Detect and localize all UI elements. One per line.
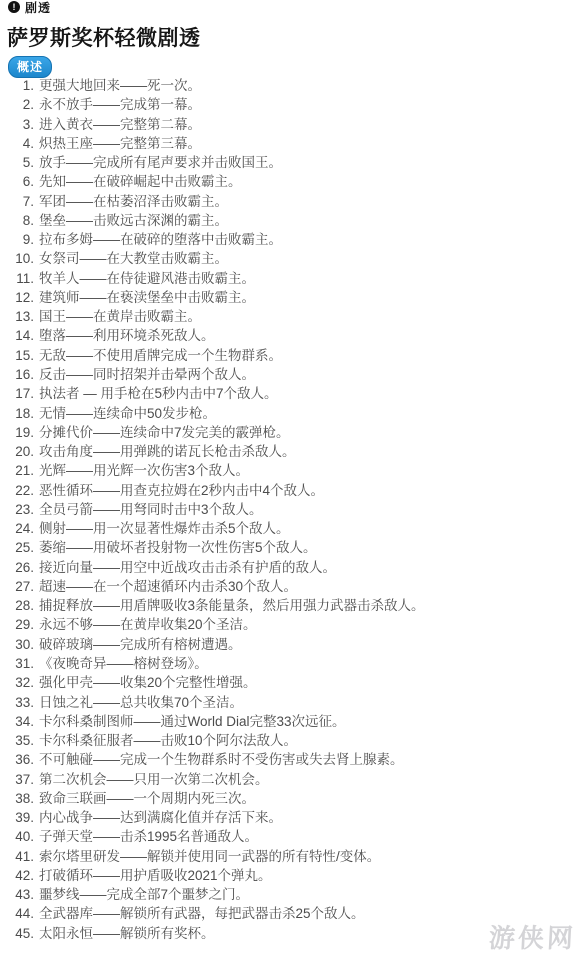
list-item-text: 执法者 — 用手枪在5秒内击中7个敌人。 bbox=[39, 384, 278, 403]
trophy-list: 1.更强大地回来——死一次。2.永不放手——完成第一幕。3.进入黄衣——完整第二… bbox=[0, 76, 584, 943]
list-item-text: 恶性循环——用查克拉姆在2秒内击中4个敌人。 bbox=[39, 481, 324, 500]
site-watermark: 游侠网 bbox=[488, 918, 577, 955]
list-item-text: 萎缩——用破坏者投射物一次性伤害5个敌人。 bbox=[39, 538, 317, 557]
list-item-number: 1. bbox=[0, 76, 39, 95]
list-item: 39.内心战争——达到满腐化值并存活下来。 bbox=[0, 808, 584, 827]
list-item-number: 23. bbox=[0, 500, 39, 519]
list-item-text: 无敌——不使用盾牌完成一个生物群系。 bbox=[39, 346, 282, 365]
list-item-text: 《夜晚奇异——榕树登场》。 bbox=[39, 654, 208, 673]
list-item-text: 更强大地回来——死一次。 bbox=[39, 76, 201, 95]
list-item: 27.超速——在一个超速循环内击杀30个敌人。 bbox=[0, 577, 584, 596]
list-item: 32.强化甲壳——收集20个完整性增强。 bbox=[0, 673, 584, 692]
list-item-number: 41. bbox=[0, 847, 39, 866]
list-item-number: 28. bbox=[0, 596, 39, 615]
list-item: 14.堕落——利用环境杀死敌人。 bbox=[0, 326, 584, 345]
list-item-text: 炽热王座——完整第三幕。 bbox=[39, 134, 201, 153]
list-item: 19.分摊代价——连续命中7发完美的霰弹枪。 bbox=[0, 423, 584, 442]
list-item: 22.恶性循环——用查克拉姆在2秒内击中4个敌人。 bbox=[0, 481, 584, 500]
list-item-number: 27. bbox=[0, 577, 39, 596]
list-item: 25.萎缩——用破坏者投射物一次性伤害5个敌人。 bbox=[0, 538, 584, 557]
list-item: 29.永远不够——在黄岸收集20个圣洁。 bbox=[0, 615, 584, 634]
list-item: 42.打破循环——用护盾吸收2021个弹丸。 bbox=[0, 866, 584, 885]
list-item: 15.无敌——不使用盾牌完成一个生物群系。 bbox=[0, 346, 584, 365]
list-item-text: 内心战争——达到满腐化值并存活下来。 bbox=[39, 808, 282, 827]
list-item-number: 35. bbox=[0, 731, 39, 750]
list-item: 17.执法者 — 用手枪在5秒内击中7个敌人。 bbox=[0, 384, 584, 403]
list-item-text: 牧羊人——在侍徒避风港击败霸主。 bbox=[39, 269, 255, 288]
list-item: 41.索尔塔里研发——解锁并使用同一武器的所有特性/变体。 bbox=[0, 847, 584, 866]
list-item-number: 3. bbox=[0, 115, 39, 134]
list-item: 9.拉布多姆——在破碎的堕落中击败霸主。 bbox=[0, 230, 584, 249]
list-item: 4.炽热王座——完整第三幕。 bbox=[0, 134, 584, 153]
list-item-number: 34. bbox=[0, 712, 39, 731]
list-item-text: 强化甲壳——收集20个完整性增强。 bbox=[39, 673, 257, 692]
list-item-text: 堕落——利用环境杀死敌人。 bbox=[39, 326, 215, 345]
list-item: 3.进入黄衣——完整第二幕。 bbox=[0, 115, 584, 134]
list-item-number: 6. bbox=[0, 172, 39, 191]
list-item: 1.更强大地回来——死一次。 bbox=[0, 76, 584, 95]
list-item: 24.侧射——用一次显著性爆炸击杀5个敌人。 bbox=[0, 519, 584, 538]
list-item-number: 7. bbox=[0, 192, 39, 211]
list-item-text: 无情——连续命中50发步枪。 bbox=[39, 404, 216, 423]
list-item: 34.卡尔科桑制图师——通过World Dial完整33次远征。 bbox=[0, 712, 584, 731]
list-item-text: 打破循环——用护盾吸收2021个弹丸。 bbox=[39, 866, 272, 885]
list-item: 20.攻击角度——用弹跳的诺瓦长枪击杀敌人。 bbox=[0, 442, 584, 461]
list-item-text: 卡尔科桑征服者——击败10个阿尔法敌人。 bbox=[39, 731, 297, 750]
list-item-number: 13. bbox=[0, 307, 39, 326]
list-item-number: 12. bbox=[0, 288, 39, 307]
list-item-number: 18. bbox=[0, 404, 39, 423]
list-item: 8.堡垒——击败远古深渊的霸主。 bbox=[0, 211, 584, 230]
list-item-number: 14. bbox=[0, 326, 39, 345]
list-item-text: 接近向量——用空中近战攻击击杀有护盾的敌人。 bbox=[39, 558, 336, 577]
list-item: 2.永不放手——完成第一幕。 bbox=[0, 95, 584, 114]
list-item: 40.子弹天堂——击杀1995名普通敌人。 bbox=[0, 827, 584, 846]
list-item: 7.军团——在枯萎沼泽击败霸主。 bbox=[0, 192, 584, 211]
list-item-number: 33. bbox=[0, 693, 39, 712]
list-item-text: 噩梦线——完成全部7个噩梦之门。 bbox=[39, 885, 249, 904]
list-item: 33.日蚀之礼——总共收集70个圣洁。 bbox=[0, 693, 584, 712]
list-item: 31.《夜晚奇异——榕树登场》。 bbox=[0, 654, 584, 673]
list-item-number: 9. bbox=[0, 230, 39, 249]
list-item: 28.捕捉释放——用盾牌吸收3条能量条，然后用强力武器击杀敌人。 bbox=[0, 596, 584, 615]
list-item-number: 30. bbox=[0, 635, 39, 654]
list-item-number: 37. bbox=[0, 770, 39, 789]
list-item-number: 45. bbox=[0, 924, 39, 943]
list-item-text: 堡垒——击败远古深渊的霸主。 bbox=[39, 211, 228, 230]
list-item-text: 分摊代价——连续命中7发完美的霰弹枪。 bbox=[39, 423, 290, 442]
list-item-number: 31. bbox=[0, 654, 39, 673]
list-item-text: 太阳永恒——解锁所有奖杯。 bbox=[39, 924, 215, 943]
list-item-text: 女祭司——在大教堂击败霸主。 bbox=[39, 249, 228, 268]
list-item-number: 11. bbox=[0, 269, 39, 288]
list-item: 21.光辉——用光辉一次伤害3个敌人。 bbox=[0, 461, 584, 480]
list-item-number: 20. bbox=[0, 442, 39, 461]
list-item: 30.破碎玻璃——完成所有榕树遭遇。 bbox=[0, 635, 584, 654]
list-item-number: 19. bbox=[0, 423, 39, 442]
list-item-text: 索尔塔里研发——解锁并使用同一武器的所有特性/变体。 bbox=[39, 847, 380, 866]
list-item-number: 24. bbox=[0, 519, 39, 538]
list-item: 18.无情——连续命中50发步枪。 bbox=[0, 404, 584, 423]
article-page: ! 剧透 萨罗斯奖杯轻微剧透 概述 1.更强大地回来——死一次。2.永不放手——… bbox=[0, 0, 584, 957]
list-item-text: 光辉——用光辉一次伤害3个敌人。 bbox=[39, 461, 249, 480]
list-item: 37.第二次机会——只用一次第二次机会。 bbox=[0, 770, 584, 789]
list-item-number: 16. bbox=[0, 365, 39, 384]
list-item: 43.噩梦线——完成全部7个噩梦之门。 bbox=[0, 885, 584, 904]
list-item-text: 建筑师——在亵渎堡垒中击败霸主。 bbox=[39, 288, 255, 307]
list-item-number: 36. bbox=[0, 750, 39, 769]
list-item-number: 44. bbox=[0, 904, 39, 923]
list-item-text: 反击——同时招架并击晕两个敌人。 bbox=[39, 365, 255, 384]
list-item-text: 不可触碰——完成一个生物群系时不受伤害或失去肾上腺素。 bbox=[39, 750, 404, 769]
list-item-number: 5. bbox=[0, 153, 39, 172]
list-item: 35.卡尔科桑征服者——击败10个阿尔法敌人。 bbox=[0, 731, 584, 750]
list-item-text: 致命三联画——一个周期内死三次。 bbox=[39, 789, 255, 808]
list-item: 11.牧羊人——在侍徒避风港击败霸主。 bbox=[0, 269, 584, 288]
list-item-text: 破碎玻璃——完成所有榕树遭遇。 bbox=[39, 635, 242, 654]
list-item-text: 拉布多姆——在破碎的堕落中击败霸主。 bbox=[39, 230, 282, 249]
list-item-number: 25. bbox=[0, 538, 39, 557]
list-item: 12.建筑师——在亵渎堡垒中击败霸主。 bbox=[0, 288, 584, 307]
list-item-number: 40. bbox=[0, 827, 39, 846]
list-item-number: 10. bbox=[0, 249, 39, 268]
list-item: 23.全员弓箭——用弩同时击中3个敌人。 bbox=[0, 500, 584, 519]
list-item: 10.女祭司——在大教堂击败霸主。 bbox=[0, 249, 584, 268]
list-item-number: 22. bbox=[0, 481, 39, 500]
list-item: 26.接近向量——用空中近战攻击击杀有护盾的敌人。 bbox=[0, 558, 584, 577]
list-item-number: 43. bbox=[0, 885, 39, 904]
list-item: 36.不可触碰——完成一个生物群系时不受伤害或失去肾上腺素。 bbox=[0, 750, 584, 769]
list-item-text: 卡尔科桑制图师——通过World Dial完整33次远征。 bbox=[39, 712, 346, 731]
list-item-number: 8. bbox=[0, 211, 39, 230]
list-item: 13.国王——在黄岸击败霸主。 bbox=[0, 307, 584, 326]
list-item: 16.反击——同时招架并击晕两个敌人。 bbox=[0, 365, 584, 384]
list-item-number: 42. bbox=[0, 866, 39, 885]
list-item-text: 攻击角度——用弹跳的诺瓦长枪击杀敌人。 bbox=[39, 442, 296, 461]
list-item-text: 进入黄衣——完整第二幕。 bbox=[39, 115, 201, 134]
list-item-text: 侧射——用一次显著性爆炸击杀5个敌人。 bbox=[39, 519, 290, 538]
spoiler-badge: ! 剧透 bbox=[8, 0, 51, 14]
list-item-number: 4. bbox=[0, 134, 39, 153]
list-item-text: 军团——在枯萎沼泽击败霸主。 bbox=[39, 192, 228, 211]
list-item-number: 29. bbox=[0, 615, 39, 634]
list-item-text: 超速——在一个超速循环内击杀30个敌人。 bbox=[39, 577, 297, 596]
list-item: 38.致命三联画——一个周期内死三次。 bbox=[0, 789, 584, 808]
list-item-number: 39. bbox=[0, 808, 39, 827]
spoiler-badge-label: 剧透 bbox=[25, 0, 51, 16]
exclamation-circle-icon: ! bbox=[8, 1, 20, 13]
list-item: 5.放手——完成所有尾声要求并击败国王。 bbox=[0, 153, 584, 172]
list-item-text: 国王——在黄岸击败霸主。 bbox=[39, 307, 201, 326]
page-title: 萨罗斯奖杯轻微剧透 bbox=[7, 22, 201, 52]
list-item-number: 26. bbox=[0, 558, 39, 577]
list-item-text: 全武器库——解锁所有武器，每把武器击杀25个敌人。 bbox=[39, 904, 365, 923]
list-item-number: 2. bbox=[0, 95, 39, 114]
list-item-text: 放手——完成所有尾声要求并击败国王。 bbox=[39, 153, 282, 172]
list-item-text: 先知——在破碎崛起中击败霸主。 bbox=[39, 172, 242, 191]
list-item-number: 15. bbox=[0, 346, 39, 365]
list-item-number: 17. bbox=[0, 384, 39, 403]
overview-section-badge: 概述 bbox=[8, 56, 52, 78]
list-item-number: 32. bbox=[0, 673, 39, 692]
list-item-text: 第二次机会——只用一次第二次机会。 bbox=[39, 770, 269, 789]
list-item-text: 永远不够——在黄岸收集20个圣洁。 bbox=[39, 615, 257, 634]
list-item-text: 永不放手——完成第一幕。 bbox=[39, 95, 201, 114]
list-item-text: 捕捉释放——用盾牌吸收3条能量条，然后用强力武器击杀敌人。 bbox=[39, 596, 425, 615]
list-item-text: 子弹天堂——击杀1995名普通敌人。 bbox=[39, 827, 258, 846]
list-item-text: 全员弓箭——用弩同时击中3个敌人。 bbox=[39, 500, 263, 519]
list-item-number: 38. bbox=[0, 789, 39, 808]
list-item-text: 日蚀之礼——总共收集70个圣洁。 bbox=[39, 693, 243, 712]
list-item: 6.先知——在破碎崛起中击败霸主。 bbox=[0, 172, 584, 191]
list-item-number: 21. bbox=[0, 461, 39, 480]
